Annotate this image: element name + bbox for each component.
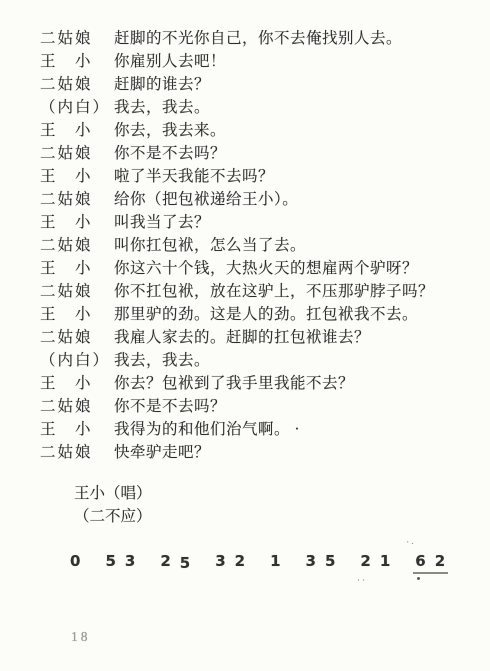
notation-note: 3 xyxy=(125,552,135,570)
dialogue-row: 王 小 你去？包袱到了我手里我能不去？ xyxy=(0,372,490,395)
dialogue-row: 二姑娘 赶脚的谁去？ xyxy=(0,73,490,96)
speaker-name: 二姑娘 xyxy=(40,441,114,464)
dialogue-text: 赶脚的不光你自己，你不去俺找别人去。 xyxy=(114,27,402,50)
notation-staff: 0 5 3 2 5 3 2 1 3 5 2 1 xyxy=(70,552,490,570)
notation-group: 2 5 xyxy=(160,552,190,570)
dialogue-row: 王 小 你这六十个钱，大热火天的想雇两个驴呀？ xyxy=(0,257,490,280)
speaker-name: 二姑娘 xyxy=(40,188,114,211)
notation-note: 0 xyxy=(70,552,80,570)
dialogue-row: 王 小 你雇别人去吧！ xyxy=(0,50,490,73)
speaker-name: 王 小 xyxy=(40,50,114,73)
dialogue-row: 王 小 那里驴的劲。这是人的劲。扛包袱我不去。 xyxy=(0,303,490,326)
dialogue-text: 赶脚的谁去？ xyxy=(114,73,210,96)
notation-note-low-octave: 6 xyxy=(415,552,425,570)
speaker-name: 王 小 xyxy=(40,372,114,395)
notation-note: 1 xyxy=(270,552,280,570)
song-header: 王小（唱） xyxy=(74,482,490,505)
scan-artifact: ·· xyxy=(405,537,418,550)
speaker-name: 王 小 xyxy=(40,211,114,234)
dialogue-text: 你不是不去吗？ xyxy=(114,395,226,418)
speaker-name: 二姑娘 xyxy=(40,395,114,418)
dialogue-text: 我雇人家去的。赶脚的扛包袱谁去？ xyxy=(114,326,370,349)
dialogue-text: 我得为的和他们治气啊。 · xyxy=(114,418,300,441)
dialogue-row: 二姑娘 赶脚的不光你自己，你不去俺找别人去。 xyxy=(0,27,490,50)
dialogue-row: 二姑娘 给你（把包袱递给王小）。 xyxy=(0,188,490,211)
notation-group: 3 5 xyxy=(306,552,336,570)
notation-group: 0 xyxy=(70,552,80,570)
speaker-name: 二姑娘 xyxy=(40,142,114,165)
dialogue-text: 叫我当了去？ xyxy=(114,211,210,234)
notation-note: 2 xyxy=(360,552,370,570)
dialogue-row: 王 小 叫我当了去？ xyxy=(0,211,490,234)
scan-artifact: ·· xyxy=(357,575,367,585)
notation-note: 2 xyxy=(160,552,170,570)
dialogue-text: 我去，我去。 xyxy=(114,349,210,372)
notation-note: 2 xyxy=(435,552,445,570)
dialogue-text: 我去，我去。 xyxy=(114,96,210,119)
song-section: 王小（唱） （二不应） xyxy=(74,482,490,528)
dialogue-row: 二姑娘 我雇人家去的。赶脚的扛包袱谁去？ xyxy=(0,326,490,349)
speaker-name: （内白） xyxy=(40,349,114,372)
notation-group: 3 2 xyxy=(215,552,245,570)
notation-note: 5 xyxy=(180,554,190,572)
dialogue-text: 你雇别人去吧！ xyxy=(114,50,226,73)
dialogue-row: 二姑娘 你不扛包袱，放在这驴上，不压那驴脖子吗？ xyxy=(0,280,490,303)
dialogue-text: 啦了半天我能不去吗？ xyxy=(114,165,274,188)
dialogue-row: 王 小 我得为的和他们治气啊。 · xyxy=(0,418,490,441)
dialogue-row: 二姑娘 你不是不去吗？ xyxy=(0,395,490,418)
notation-note: 5 xyxy=(105,552,115,570)
dialogue-text: 快牵驴走吧？ xyxy=(114,441,210,464)
dialogue-text: 那里驴的劲。这是人的劲。扛包袱我不去。 xyxy=(114,303,418,326)
speaker-name: 二姑娘 xyxy=(40,234,114,257)
speaker-name: 王 小 xyxy=(40,257,114,280)
dialogue-text: 你不是不去吗？ xyxy=(114,142,226,165)
dialogue-row: （内白） 我去，我去。 xyxy=(0,349,490,372)
dialogue-row: 王 小 啦了半天我能不去吗？ xyxy=(0,165,490,188)
speaker-name: （内白） xyxy=(40,96,114,119)
notation-group: 2 1 xyxy=(360,552,390,570)
dialogue-row: 二姑娘 快牵驴走吧？ xyxy=(0,441,490,464)
speaker-name: 王 小 xyxy=(40,418,114,441)
dialogue-text: 你这六十个钱，大热火天的想雇两个驴呀？ xyxy=(114,257,418,280)
dialogue-row: 王 小 你去，我去来。 xyxy=(0,119,490,142)
speaker-name: 二姑娘 xyxy=(40,280,114,303)
dialogue-text: 你去？包袱到了我手里我能不去？ xyxy=(114,372,354,395)
notation-note: 5 xyxy=(325,552,335,570)
jianpu-notation-line: 0 5 3 2 5 3 2 1 3 5 2 1 xyxy=(70,552,490,570)
speaker-name: 王 小 xyxy=(40,303,114,326)
song-stage-note: （二不应） xyxy=(74,505,490,528)
dialogue-text: 你不扛包袱，放在这驴上，不压那驴脖子吗？ xyxy=(114,280,434,303)
dialogue-row: （内白） 我去，我去。 xyxy=(0,96,490,119)
dialogue-text: 你去，我去来。 xyxy=(114,119,226,142)
notation-note: 2 xyxy=(235,552,245,570)
dialogue-row: 二姑娘 你不是不去吗？ xyxy=(0,142,490,165)
notation-note: 1 xyxy=(380,552,390,570)
notation-note: 3 xyxy=(306,552,316,570)
speaker-name: 二姑娘 xyxy=(40,27,114,50)
dialogue-text: 叫你扛包袱，怎么当了去。 xyxy=(114,234,306,257)
notation-group: 1 xyxy=(270,552,280,570)
notation-note: 3 xyxy=(215,552,225,570)
speaker-name: 王 小 xyxy=(40,165,114,188)
dialogue-text: 给你（把包袱递给王小）。 xyxy=(114,188,298,211)
page-number: 18 xyxy=(71,629,91,645)
scanned-script-page: 二姑娘 赶脚的不光你自己，你不去俺找别人去。 王 小 你雇别人去吧！ 二姑娘 赶… xyxy=(0,0,490,671)
notation-group-beamed: 6 2 xyxy=(415,552,445,570)
dialogue-block: 二姑娘 赶脚的不光你自己，你不去俺找别人去。 王 小 你雇别人去吧！ 二姑娘 赶… xyxy=(0,0,490,464)
dialogue-row: 二姑娘 叫你扛包袱，怎么当了去。 xyxy=(0,234,490,257)
speaker-name: 王 小 xyxy=(40,119,114,142)
speaker-name: 二姑娘 xyxy=(40,73,114,96)
notation-group: 5 3 xyxy=(105,552,135,570)
speaker-name: 二姑娘 xyxy=(40,326,114,349)
